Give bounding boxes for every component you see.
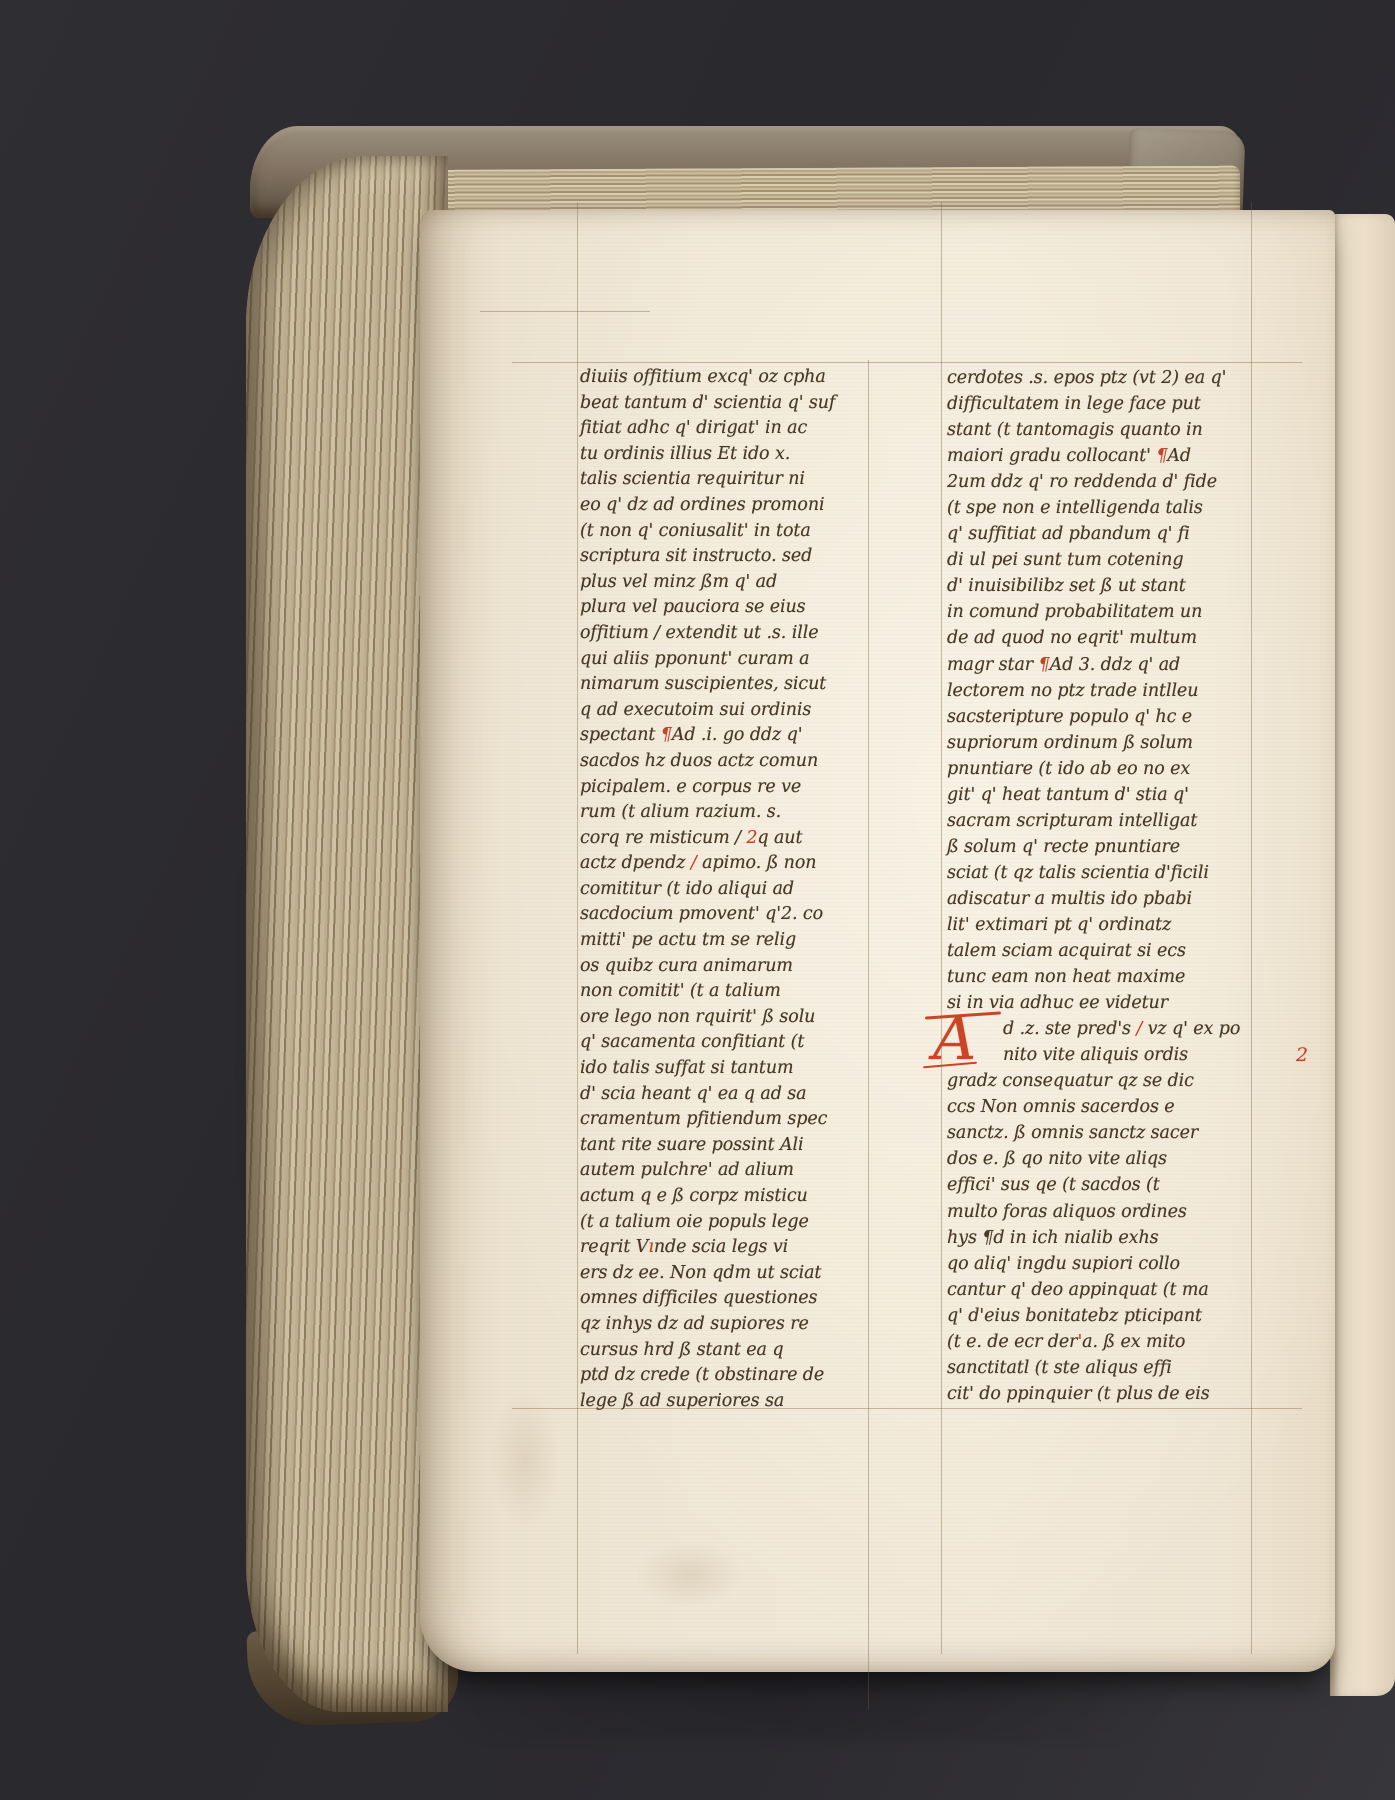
ink-text: cursus hrd ß stant ea q <box>580 1340 783 1360</box>
ink-text: picipalem. e corpus re ve <box>580 777 801 797</box>
ink-text: si in via adhuc ee videtur <box>947 993 1168 1013</box>
ink-text: q ad executoim sui ordinis <box>580 700 811 720</box>
ink-text: eo q' dz ad ordines promoni <box>580 495 825 515</box>
rubric-mark: ¶ <box>1039 655 1050 675</box>
text-line: sacdocium pmovent' q'2. co <box>580 902 872 928</box>
text-line: autem pulchre' ad alium <box>580 1158 872 1184</box>
text-line: git' q' heat tantum d' stia q' <box>947 782 1263 808</box>
rubricated-initial: A <box>933 1010 976 1068</box>
ink-text: supriorum ordinum ß solum <box>947 733 1193 753</box>
text-line: beat tantum d' scientia q' suf <box>580 391 872 417</box>
ink-text: qui aliis pponunt' curam a <box>580 649 809 669</box>
text-line: omnes difficiles questiones <box>580 1286 872 1312</box>
text-line: dos e. ß qo nito vite aliqs <box>947 1146 1263 1172</box>
text-line: q' suffitiat ad pbandum q' fi <box>947 521 1263 547</box>
text-line: hys ¶d in ich nialib exhs <box>947 1225 1263 1251</box>
text-line: qz inhys dz ad supiores re <box>580 1312 872 1338</box>
ruling-line-vertical <box>941 202 942 1654</box>
text-line: lege ß ad superiores sa <box>580 1389 872 1415</box>
ink-text: offitium / extendit ut .s. ille <box>580 623 818 643</box>
ink-text: d' scia heant q' ea q ad sa <box>580 1084 806 1104</box>
text-line: gradz consequatur qz se dic <box>947 1068 1263 1094</box>
manuscript-photo: diuiis offitium excq' oz cphabeat tantum… <box>0 0 1395 1800</box>
ink-text: a. ß ex mito <box>1082 1332 1185 1352</box>
text-line: d' scia heant q' ea q ad sa <box>580 1082 872 1108</box>
ink-text: sacram scripturam intelligat <box>947 811 1197 831</box>
ink-text: nimarum suscipientes, sicut <box>580 674 826 694</box>
text-line: sanctitatl (t ste aliqus effi <box>947 1355 1263 1381</box>
ink-text: diuiis offitium excq' oz cpha <box>580 367 826 387</box>
ink-text: ß solum q' recte pnuntiare <box>947 837 1180 857</box>
rubric-mark: 2 <box>746 828 757 848</box>
ink-text: pnuntiare (t ido ab eo no ex <box>947 759 1190 779</box>
ink-text: fitiat adhc q' dirigat' in ac <box>580 418 807 438</box>
ink-text: corq re misticum / <box>580 828 746 848</box>
ruling-line-vertical <box>577 202 578 1654</box>
ink-text: rum (t alium razium. s. <box>580 802 781 822</box>
text-line: scriptura sit instructo. sed <box>580 544 872 570</box>
ink-text: de ad quod no eqrit' multum <box>947 628 1197 648</box>
ink-text: Ad .i. go ddz q' <box>672 725 803 745</box>
ink-text: lege ß ad superiores sa <box>580 1391 784 1411</box>
text-line: rum (t alium razium. s. <box>580 800 872 826</box>
ruling-line-horizontal <box>512 362 1302 363</box>
text-line: q' d'eius bonitatebz pticipant <box>947 1303 1263 1329</box>
ink-text: q' d'eius bonitatebz pticipant <box>947 1306 1202 1326</box>
text-line: ß solum q' recte pnuntiare <box>947 834 1263 860</box>
text-line: talem sciam acquirat si ecs <box>947 938 1263 964</box>
ink-text: di ul pei sunt tum cotening <box>947 550 1183 570</box>
ink-text: tant rite suare possint Ali <box>580 1135 804 1155</box>
ink-text: apimo. ß non <box>697 853 817 873</box>
ink-text: talis scientia requiritur ni <box>580 469 805 489</box>
ink-text: qz inhys dz ad supiores re <box>580 1314 809 1334</box>
ink-text: autem pulchre' ad alium <box>580 1160 794 1180</box>
ink-text: comititur (t ido aliqui ad <box>580 879 794 899</box>
ink-text: actz dpendz <box>580 853 691 873</box>
margin-quire-mark: 2 <box>1296 1044 1308 1066</box>
ink-text: talem sciam acquirat si ecs <box>947 941 1186 961</box>
manuscript-page: diuiis offitium excq' oz cphabeat tantum… <box>420 210 1335 1672</box>
text-line: 2um ddz q' ro reddenda d' fide <box>947 469 1263 495</box>
text-line: tant rite suare possint Ali <box>580 1133 872 1159</box>
text-line: cantur q' deo appinquat (t ma <box>947 1277 1263 1303</box>
ink-text: qo aliq' ingdu supiori collo <box>947 1254 1180 1274</box>
text-line: actum q e ß corpz misticu <box>580 1184 872 1210</box>
ink-text: Ad 3. ddz q' ad <box>1050 655 1181 675</box>
text-line: (t spe non e intelligenda talis <box>947 495 1263 521</box>
text-line: d' inuisibilibz set ß ut stant <box>947 573 1263 599</box>
text-line: multo foras aliquos ordines <box>947 1199 1263 1225</box>
ink-text: difficultatem in lege face put <box>947 394 1201 414</box>
text-line: ptd dz crede (t obstinare de <box>580 1363 872 1389</box>
ink-text: actum q e ß corpz misticu <box>580 1186 808 1206</box>
text-line: sacsteripture populo q' hc e <box>947 704 1263 730</box>
text-line: actz dpendz / apimo. ß non <box>580 851 872 877</box>
underlying-page-edge <box>1330 214 1395 1696</box>
ink-text: ers dz ee. Non qdm ut sciat <box>580 1263 821 1283</box>
text-line: ore lego non rquirit' ß solu <box>580 1005 872 1031</box>
ink-text: sacdos hz duos actz comun <box>580 751 818 771</box>
text-line: reqrit Vınde scia legs vi <box>580 1235 872 1261</box>
text-line: tunc eam non heat maxime <box>947 964 1263 990</box>
text-line: pnuntiare (t ido ab eo no ex <box>947 756 1263 782</box>
ink-text: lit' extimari pt q' ordinatz <box>947 915 1171 935</box>
text-line: stant (t tantomagis quanto in <box>947 417 1263 443</box>
ink-text: sacsteripture populo q' hc e <box>947 707 1192 727</box>
ink-text: sanctz. ß omnis sanctz sacer <box>947 1123 1198 1143</box>
paper-stain <box>490 1390 560 1530</box>
text-line: qo aliq' ingdu supiori collo <box>947 1251 1263 1277</box>
text-line: de ad quod no eqrit' multum <box>947 625 1263 651</box>
ink-text: cerdotes .s. epos ptz (vt 2) ea q' <box>947 368 1226 388</box>
text-line: q' sacamenta confitiant (t <box>580 1030 872 1056</box>
ink-text: hys ¶d in ich nialib exhs <box>947 1228 1159 1248</box>
ink-text: cantur q' deo appinquat (t ma <box>947 1280 1209 1300</box>
ink-text: in comund probabilitatem un <box>947 602 1202 622</box>
text-line: maiori gradu collocant' ¶Ad <box>947 443 1263 469</box>
rubric-mark: ¶ <box>661 725 672 745</box>
text-line: nito vite aliquis ordis <box>947 1042 1263 1068</box>
ink-text: non comitit' (t a talium <box>580 981 781 1001</box>
ink-text: plura vel pauciora se eius <box>580 597 806 617</box>
ink-text: scriptura sit instructo. sed <box>580 546 812 566</box>
text-line: nimarum suscipientes, sicut <box>580 672 872 698</box>
ink-text: ccs Non omnis sacerdos e <box>947 1097 1175 1117</box>
ink-text: tu ordinis illius Et ido x. <box>580 444 790 464</box>
ink-text: (t spe non e intelligenda talis <box>947 498 1203 518</box>
ink-text: 2um ddz q' ro reddenda d' fide <box>947 472 1217 492</box>
ink-text: q' sacamenta confitiant (t <box>580 1032 804 1052</box>
ink-text: (t non q' coniusalit' in tota <box>580 521 811 541</box>
text-line: (t a talium oie populs lege <box>580 1210 872 1236</box>
text-line: corq re misticum / 2q aut <box>580 826 872 852</box>
page-edges-left-stack <box>246 156 448 1712</box>
ink-text: Ad <box>1167 446 1191 466</box>
ink-text: tunc eam non heat maxime <box>947 967 1185 987</box>
ink-text: vz q' ex po <box>1142 1019 1240 1039</box>
text-line: comititur (t ido aliqui ad <box>580 877 872 903</box>
text-line: cit' do ppinquier (t plus de eis <box>947 1381 1263 1407</box>
text-line: fitiat adhc q' dirigat' in ac <box>580 416 872 442</box>
text-line: non comitit' (t a talium <box>580 979 872 1005</box>
text-line: ers dz ee. Non qdm ut sciat <box>580 1261 872 1287</box>
text-line: plus vel minz ßm q' ad <box>580 570 872 596</box>
ink-text: nde scia legs vi <box>654 1237 788 1257</box>
text-line: in comund probabilitatem un <box>947 599 1263 625</box>
ink-text: reqrit V <box>580 1237 648 1257</box>
ink-text: ido talis suffat si tantum <box>580 1058 794 1078</box>
text-line: effici' sus qe (t sacdos (t <box>947 1172 1263 1198</box>
ink-text: adiscatur a multis ido pbabi <box>947 889 1192 909</box>
ink-text: effici' sus qe (t sacdos (t <box>947 1175 1160 1195</box>
ink-text: beat tantum d' scientia q' suf <box>580 393 835 413</box>
text-line: cursus hrd ß stant ea q <box>580 1338 872 1364</box>
text-line: lit' extimari pt q' ordinatz <box>947 912 1263 938</box>
text-line: tu ordinis illius Et ido x. <box>580 442 872 468</box>
text-line: qui aliis pponunt' curam a <box>580 647 872 673</box>
ink-text: multo foras aliquos ordines <box>947 1202 1187 1222</box>
ink-text: cit' do ppinquier (t plus de eis <box>947 1384 1210 1404</box>
ink-text: q aut <box>757 828 802 848</box>
text-line: sacram scripturam intelligat <box>947 808 1263 834</box>
text-line: (t non q' coniusalit' in tota <box>580 519 872 545</box>
ink-text: maiori gradu collocant' <box>947 446 1156 466</box>
text-column-right: cerdotes .s. epos ptz (vt 2) ea q'diffic… <box>947 365 1263 1407</box>
ink-text: lectorem no ptz trade intlleu <box>947 681 1198 701</box>
text-line: d .z. ste pred's / vz q' ex po <box>947 1016 1263 1042</box>
text-line: talis scientia requiritur ni <box>580 467 872 493</box>
text-line: picipalem. e corpus re ve <box>580 775 872 801</box>
text-line: sciat (t qz talis scientia d'ficili <box>947 860 1263 886</box>
ink-text: stant (t tantomagis quanto in <box>947 420 1203 440</box>
ink-text: gradz consequatur qz se dic <box>947 1071 1194 1091</box>
rubric-mark: ¶ <box>1156 446 1167 466</box>
ink-text: ptd dz crede (t obstinare de <box>580 1365 824 1385</box>
ink-text: plus vel minz ßm q' ad <box>580 572 777 592</box>
ink-text: d' inuisibilibz set ß ut stant <box>947 576 1186 596</box>
text-line: sacdos hz duos actz comun <box>580 749 872 775</box>
ink-text: (t e. de ecr der <box>947 1332 1077 1352</box>
text-line: supriorum ordinum ß solum <box>947 730 1263 756</box>
ink-text: os quibz cura animarum <box>580 956 793 976</box>
text-line: di ul pei sunt tum cotening <box>947 547 1263 573</box>
ink-text: cramentum pfitiendum spec <box>580 1109 827 1129</box>
ink-text: sacdocium pmovent' q'2. co <box>580 904 823 924</box>
text-line: difficultatem in lege face put <box>947 391 1263 417</box>
text-line: diuiis offitium excq' oz cpha <box>580 365 872 391</box>
text-line: spectant ¶Ad .i. go ddz q' <box>580 723 872 749</box>
text-line: os quibz cura animarum <box>580 954 872 980</box>
paper-stain <box>635 1540 745 1610</box>
ink-text: sanctitatl (t ste aliqus effi <box>947 1358 1172 1378</box>
text-line: ccs Non omnis sacerdos e <box>947 1094 1263 1120</box>
text-line: adiscatur a multis ido pbabi <box>947 886 1263 912</box>
text-line: offitium / extendit ut .s. ille <box>580 621 872 647</box>
ink-text: nito vite aliquis ordis <box>1003 1045 1188 1065</box>
ink-text: magr star <box>947 655 1039 675</box>
text-line: cramentum pfitiendum spec <box>580 1107 872 1133</box>
text-line: ido talis suffat si tantum <box>580 1056 872 1082</box>
text-line: eo q' dz ad ordines promoni <box>580 493 872 519</box>
text-line: q ad executoim sui ordinis <box>580 698 872 724</box>
ink-text: git' q' heat tantum d' stia q' <box>947 785 1189 805</box>
ink-text: sciat (t qz talis scientia d'ficili <box>947 863 1209 883</box>
text-column-left: diuiis offitium excq' oz cphabeat tantum… <box>580 365 872 1414</box>
text-line: (t e. de ecr der'a. ß ex mito <box>947 1329 1263 1355</box>
text-line: sanctz. ß omnis sanctz sacer <box>947 1120 1263 1146</box>
text-line: lectorem no ptz trade intlleu <box>947 678 1263 704</box>
text-line: magr star ¶Ad 3. ddz q' ad <box>947 652 1263 678</box>
ink-text: mitti' pe actu tm se relig <box>580 930 796 950</box>
ink-text: spectant <box>580 725 661 745</box>
ruling-line-horizontal <box>480 311 650 312</box>
ink-text: d .z. ste pred's <box>1003 1019 1136 1039</box>
ink-text: (t a talium oie populs lege <box>580 1212 809 1232</box>
ink-text: ore lego non rquirit' ß solu <box>580 1007 815 1027</box>
text-line: plura vel pauciora se eius <box>580 595 872 621</box>
text-line: cerdotes .s. epos ptz (vt 2) ea q' <box>947 365 1263 391</box>
ink-text: q' suffitiat ad pbandum q' fi <box>947 524 1190 544</box>
ink-text: omnes difficiles questiones <box>580 1288 817 1308</box>
text-line: mitti' pe actu tm se relig <box>580 928 872 954</box>
ink-text: dos e. ß qo nito vite aliqs <box>947 1149 1167 1169</box>
